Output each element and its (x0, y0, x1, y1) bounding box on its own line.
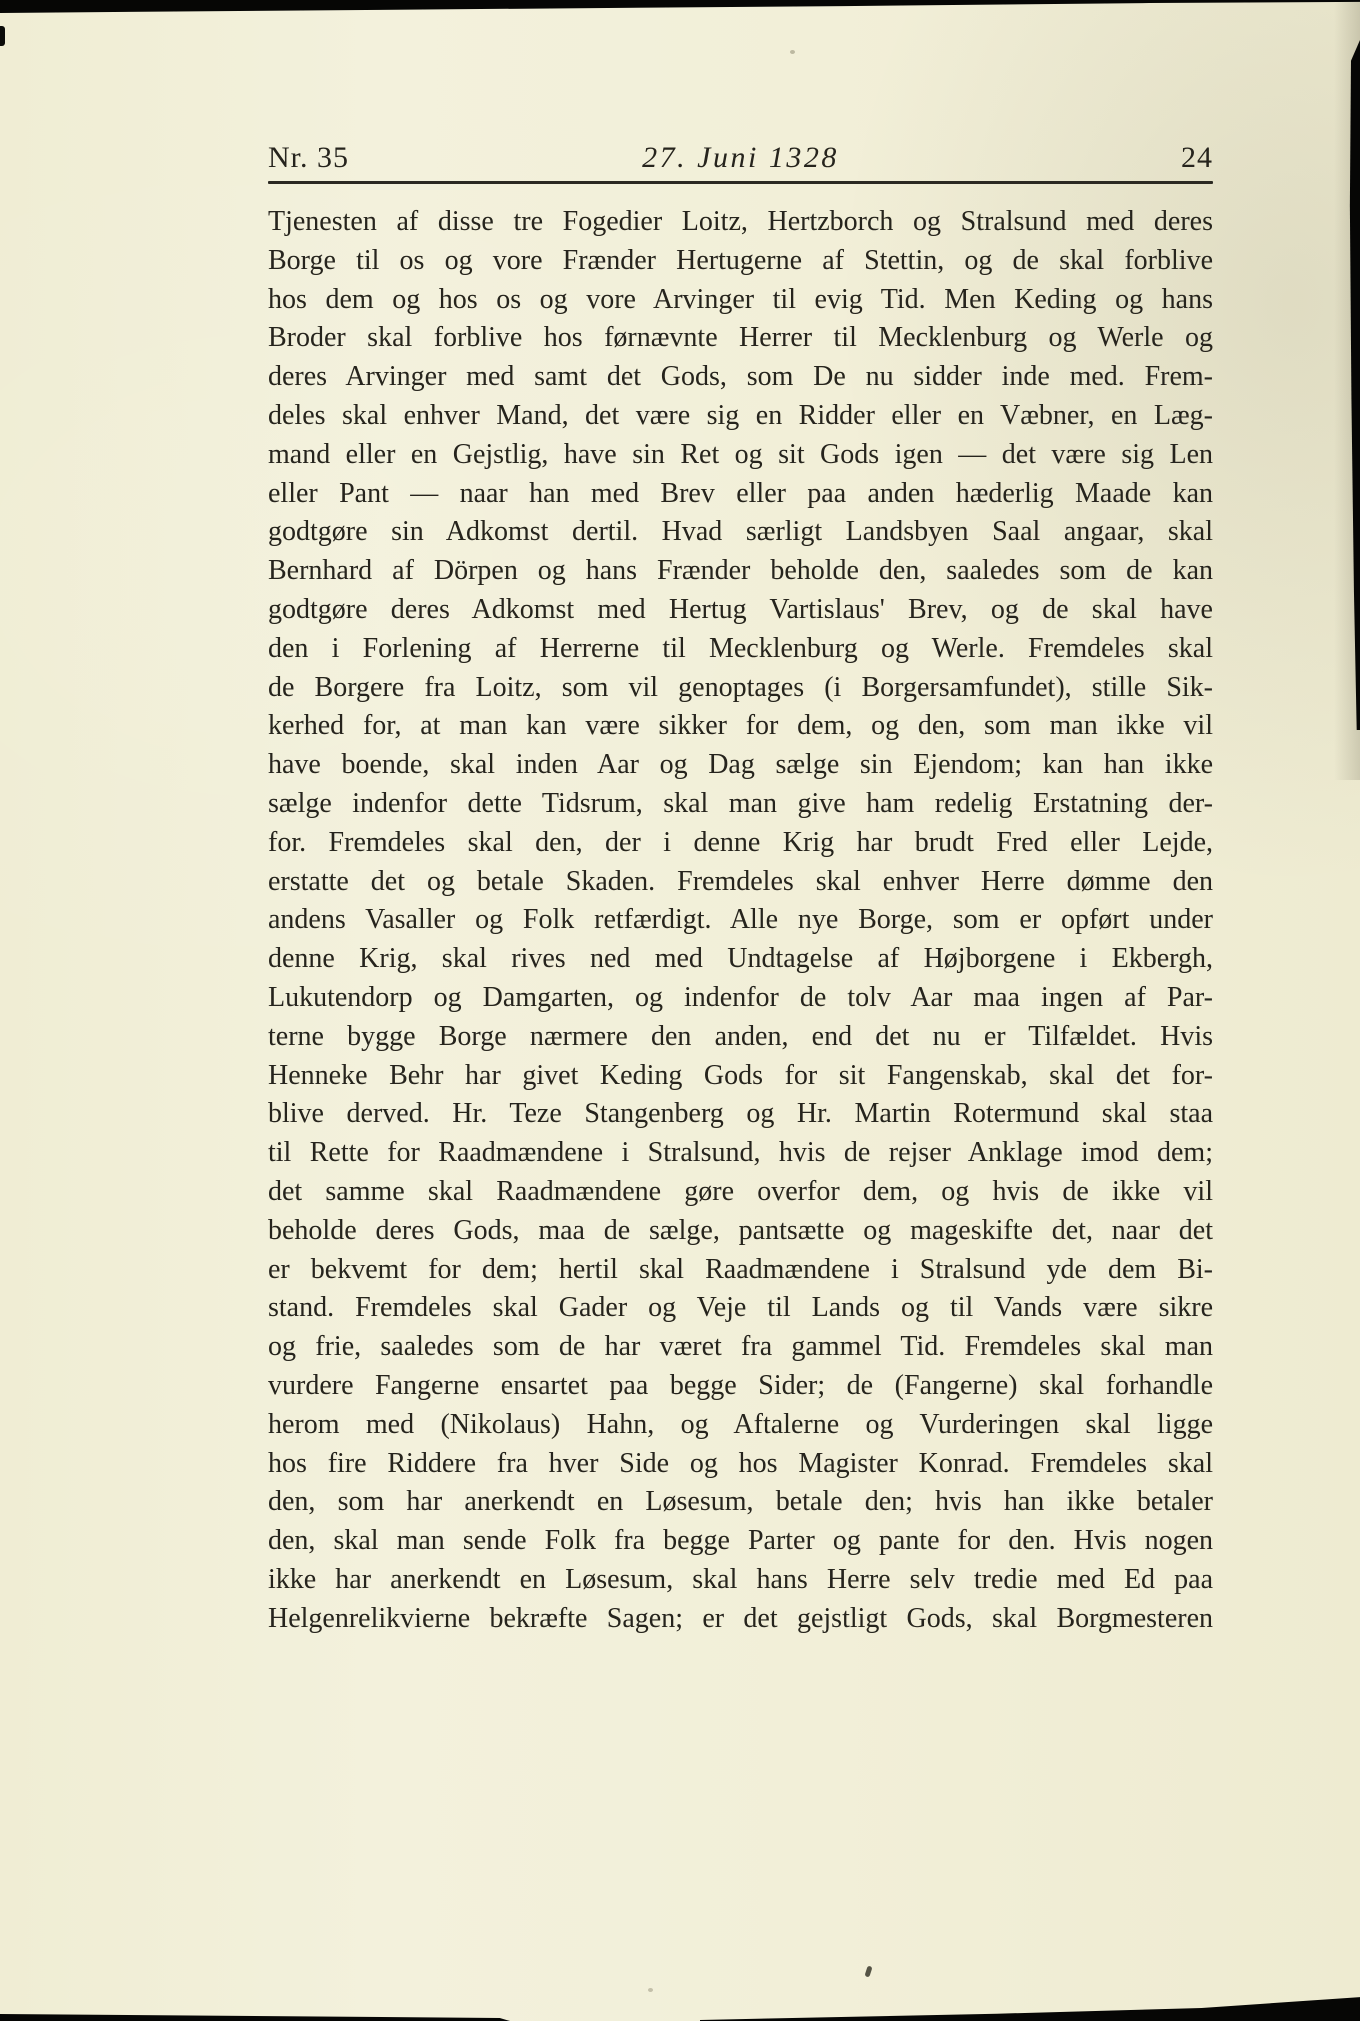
text-line: sælge indenfor dette Tidsrum, skal man g… (268, 785, 1213, 824)
body-text: Tjenesten af disse tre Fogedier Loitz, H… (268, 203, 1213, 1638)
text-line: beholde deres Gods, maa de sælge, pantsæ… (268, 1212, 1213, 1251)
text-line: andens Vasaller og Folk retfærdigt. Alle… (268, 901, 1213, 940)
text-line: have boende, skal inden Aar og Dag sælge… (268, 746, 1213, 785)
document-date: 27. Juni 1328 (268, 141, 1213, 175)
text-line: mand eller en Gejstlig, have sin Ret og … (268, 436, 1213, 475)
text-line: Tjenesten af disse tre Fogedier Loitz, H… (268, 203, 1213, 242)
text-line: den, skal man sende Folk fra begge Parte… (268, 1522, 1213, 1561)
text-line: de Borgere fra Loitz, som vil genoptages… (268, 669, 1213, 708)
text-line: blive derved. Hr. Teze Stangenberg og Hr… (268, 1095, 1213, 1134)
text-line: denne Krig, skal rives ned med Undtagels… (268, 940, 1213, 979)
text-line: eller Pant — naar han med Brev eller paa… (268, 475, 1213, 514)
scan-edge-left-notch (0, 26, 5, 46)
paper-blemish (648, 1988, 653, 1992)
text-line: vurdere Fangerne ensartet paa begge Side… (268, 1367, 1213, 1406)
text-line: herom med (Nikolaus) Hahn, og Aftalerne … (268, 1406, 1213, 1445)
text-line: Henneke Behr har givet Keding Gods for s… (268, 1057, 1213, 1096)
text-line: er bekvemt for dem; hertil skal Raadmænd… (268, 1251, 1213, 1290)
text-line: Broder skal forblive hos førnævnte Herre… (268, 319, 1213, 358)
scanned-page: Nr. 35 27. Juni 1328 24 Tjenesten af dis… (0, 0, 1360, 2021)
text-line: for. Fremdeles skal den, der i denne Kri… (268, 824, 1213, 863)
text-line: terne bygge Borge nærmere den anden, end… (268, 1018, 1213, 1057)
header-rule (268, 181, 1213, 184)
page-header: Nr. 35 27. Juni 1328 24 (268, 141, 1213, 175)
text-line: det samme skal Raadmændene gøre overfor … (268, 1173, 1213, 1212)
paper-blemish (790, 50, 795, 54)
text-line: hos dem og hos os og vore Arvinger til e… (268, 281, 1213, 320)
text-line: og frie, saaledes som de har været fra g… (268, 1328, 1213, 1367)
text-line: godtgøre sin Adkomst dertil. Hvad særlig… (268, 513, 1213, 552)
text-line: Bernhard af Dörpen og hans Frænder behol… (268, 552, 1213, 591)
text-line: til Rette for Raadmændene i Stralsund, h… (268, 1134, 1213, 1173)
text-line: hos fire Riddere fra hver Side og hos Ma… (268, 1445, 1213, 1484)
text-line: ikke har anerkendt en Løsesum, skal hans… (268, 1561, 1213, 1600)
text-line: godtgøre deres Adkomst med Hertug Vartis… (268, 591, 1213, 630)
text-line: Lukutendorp og Damgarten, og indenfor de… (268, 979, 1213, 1018)
text-line: den i Forlening af Herrerne til Mecklenb… (268, 630, 1213, 669)
text-line: kerhed for, at man kan være sikker for d… (268, 707, 1213, 746)
text-line: erstatte det og betale Skaden. Fremdeles… (268, 863, 1213, 902)
text-line: deres Arvinger med samt det Gods, som De… (268, 358, 1213, 397)
text-line: deles skal enhver Mand, det være sig en … (268, 397, 1213, 436)
text-line: stand. Fremdeles skal Gader og Veje til … (268, 1289, 1213, 1328)
text-line: Helgenrelikvierne bekræfte Sagen; er det… (268, 1600, 1213, 1639)
text-line: den, som har anerkendt en Løsesum, betal… (268, 1483, 1213, 1522)
page-number: 24 (1181, 141, 1213, 175)
text-line: Borge til os og vore Frænder Hertugerne … (268, 242, 1213, 281)
